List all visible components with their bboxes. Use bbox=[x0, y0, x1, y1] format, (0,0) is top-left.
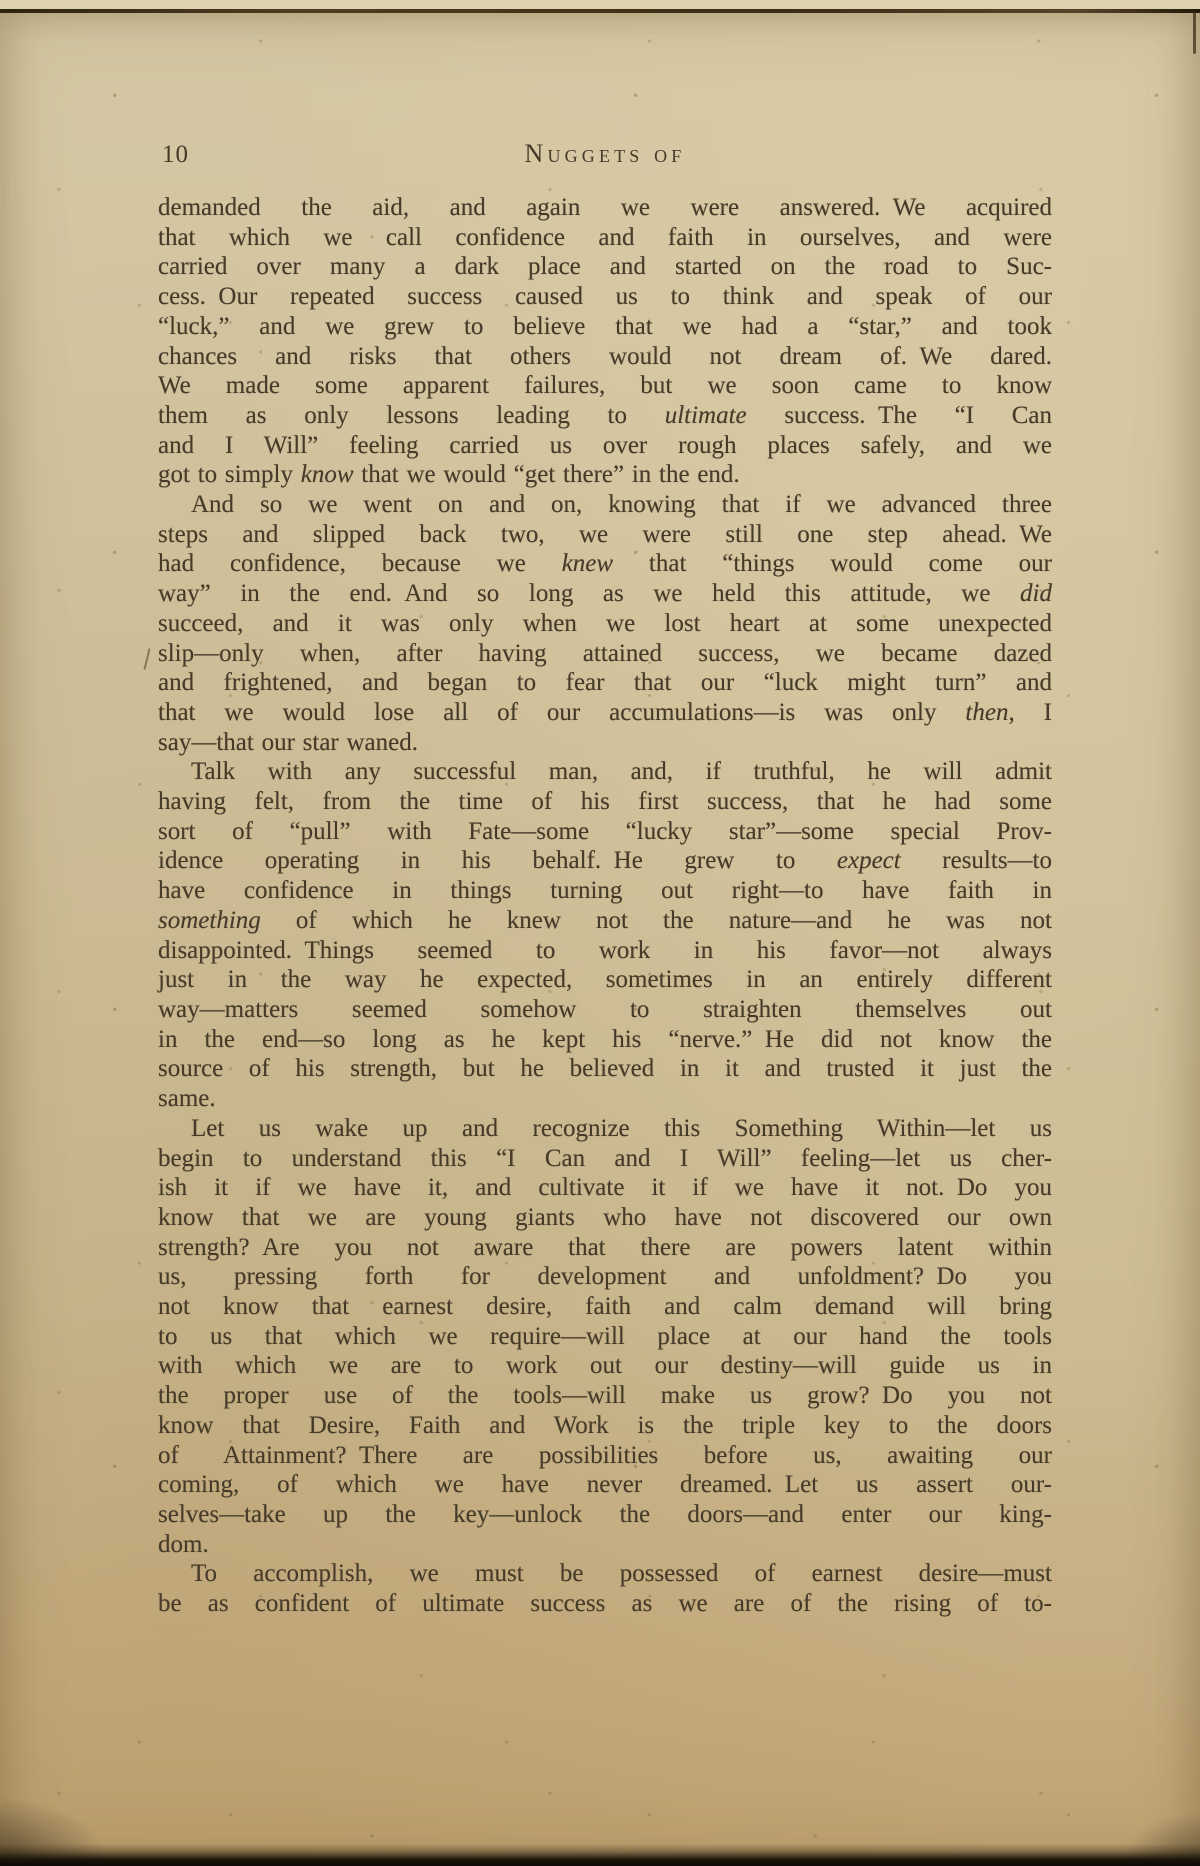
text-line: had confidence, because we knew that “th… bbox=[158, 549, 1052, 579]
text-line: begin to understand this “I Can and I Wi… bbox=[158, 1144, 1052, 1174]
text-segment: dom. bbox=[158, 1531, 209, 1558]
text-segment: to us that which we require—will place a… bbox=[158, 1323, 1052, 1350]
text-line: And so we went on and on, knowing that i… bbox=[158, 490, 1052, 520]
text-segment: Let us wake up and recognize this Someth… bbox=[191, 1115, 1052, 1142]
text-segment: coming, of which we have never dreamed. … bbox=[158, 1471, 1052, 1498]
text-line: disappointed. Things seemed to work in h… bbox=[158, 936, 1052, 966]
text-line: carried over many a dark place and start… bbox=[158, 252, 1052, 282]
text-segment: source of his strength, but he believed … bbox=[158, 1055, 1052, 1082]
text-line: coming, of which we have never dreamed. … bbox=[158, 1470, 1052, 1500]
text-segment: of Attainment? There are possibilities b… bbox=[158, 1442, 1052, 1469]
text-line: in the end—so long as he kept his “nerve… bbox=[158, 1025, 1052, 1055]
text-line: with which we are to work out our destin… bbox=[158, 1351, 1052, 1381]
text-segment: succeed, and it was only when we lost he… bbox=[158, 610, 1052, 637]
text-line: to us that which we require—will place a… bbox=[158, 1322, 1052, 1352]
text-segment: demanded the aid, and again we were answ… bbox=[158, 194, 1052, 221]
text-line: that which we call confidence and faith … bbox=[158, 223, 1052, 253]
text-segment: and frightened, and began to fear that o… bbox=[158, 669, 1052, 696]
text-segment: cess. Our repeated success caused us to … bbox=[158, 283, 1052, 310]
text-line: them as only lessons leading to ultimate… bbox=[158, 401, 1052, 431]
text-segment: of which he knew not the nature—and he w… bbox=[261, 907, 1052, 934]
text-segment: that “things would come our bbox=[613, 550, 1052, 577]
text-line: and frightened, and began to fear that o… bbox=[158, 668, 1052, 698]
text-line: cess. Our repeated success caused us to … bbox=[158, 282, 1052, 312]
text-line: got to simply know that we would “get th… bbox=[158, 460, 1052, 490]
text-segment: To accomplish, we must be possessed of e… bbox=[191, 1560, 1052, 1587]
text-segment: know that Desire, Faith and Work is the … bbox=[158, 1412, 1052, 1439]
italic-text-segment: know bbox=[301, 461, 354, 488]
text-segment: chances and risks that others would not … bbox=[158, 343, 1052, 370]
italic-text-segment: did bbox=[1020, 580, 1052, 607]
text-segment: sort of “pull” with Fate—some “lucky sta… bbox=[158, 818, 1052, 845]
text-line: us, pressing forth for development and u… bbox=[158, 1262, 1052, 1292]
text-line: not know that earnest desire, faith and … bbox=[158, 1292, 1052, 1322]
text-segment: , I bbox=[1008, 699, 1052, 726]
text-segment: idence operating in his behalf. He grew … bbox=[158, 847, 837, 874]
text-segment: success. The “I Can bbox=[747, 402, 1052, 429]
text-line: that we would lose all of our accumulati… bbox=[158, 698, 1052, 728]
text-segment: got to simply bbox=[158, 461, 301, 488]
text-segment: strength? Are you not aware that there a… bbox=[158, 1234, 1052, 1261]
text-segment: having felt, from the time of his first … bbox=[158, 788, 1052, 815]
text-line: To accomplish, we must be possessed of e… bbox=[158, 1559, 1052, 1589]
italic-text-segment: something bbox=[158, 907, 261, 934]
text-line: ish it if we have it, and cultivate it i… bbox=[158, 1173, 1052, 1203]
text-segment: that we would “get there” in the end. bbox=[354, 461, 740, 488]
text-segment: disappointed. Things seemed to work in h… bbox=[158, 937, 1052, 964]
text-segment: be as confident of ultimate success as w… bbox=[158, 1590, 1052, 1617]
text-line: “luck,” and we grew to believe that we h… bbox=[158, 312, 1052, 342]
text-line: Talk with any successful man, and, if tr… bbox=[158, 757, 1052, 787]
text-segment: say—that our star waned. bbox=[158, 729, 418, 756]
text-line: have confidence in things turning out ri… bbox=[158, 876, 1052, 906]
text-segment: us, pressing forth for development and u… bbox=[158, 1263, 1052, 1290]
text-segment: ish it if we have it, and cultivate it i… bbox=[158, 1174, 1052, 1201]
text-line: having felt, from the time of his first … bbox=[158, 787, 1052, 817]
italic-text-segment: expect bbox=[837, 847, 901, 874]
text-line: selves—take up the key—unlock the doors—… bbox=[158, 1500, 1052, 1530]
page-body: demanded the aid, and again we were answ… bbox=[158, 193, 1052, 1619]
text-line: know that we are young giants who have n… bbox=[158, 1203, 1052, 1233]
text-segment: way—matters seemed somehow to straighten… bbox=[158, 996, 1052, 1023]
page-header: 10 Nuggets of bbox=[158, 139, 1052, 173]
running-title: Nuggets of bbox=[158, 139, 1052, 169]
text-line: the proper use of the tools—will make us… bbox=[158, 1381, 1052, 1411]
text-segment: have confidence in things turning out ri… bbox=[158, 877, 1052, 904]
text-line: say—that our star waned. bbox=[158, 728, 1052, 758]
text-line: something of which he knew not the natur… bbox=[158, 906, 1052, 936]
text-segment: begin to understand this “I Can and I Wi… bbox=[158, 1145, 1052, 1172]
text-segment: not know that earnest desire, faith and … bbox=[158, 1293, 1052, 1320]
text-line: idence operating in his behalf. He grew … bbox=[158, 846, 1052, 876]
text-line: be as confident of ultimate success as w… bbox=[158, 1589, 1052, 1619]
text-segment: Talk with any successful man, and, if tr… bbox=[191, 758, 1052, 785]
text-segment: that we would lose all of our accumulati… bbox=[158, 699, 965, 726]
italic-text-segment: then bbox=[965, 699, 1008, 726]
text-segment: had confidence, because we bbox=[158, 550, 562, 577]
text-line: Let us wake up and recognize this Someth… bbox=[158, 1114, 1052, 1144]
text-segment: and I Will” feeling carried us over roug… bbox=[158, 432, 1052, 459]
text-line: sort of “pull” with Fate—some “lucky sta… bbox=[158, 817, 1052, 847]
text-line: slip—only when, after having attained su… bbox=[158, 639, 1052, 669]
text-line: same. bbox=[158, 1084, 1052, 1114]
text-segment: that which we call confidence and faith … bbox=[158, 224, 1052, 251]
italic-text-segment: knew bbox=[562, 550, 613, 577]
text-segment: results—to bbox=[901, 847, 1052, 874]
text-segment: steps and slipped back two, we were stil… bbox=[158, 521, 1052, 548]
text-segment: the proper use of the tools—will make us… bbox=[158, 1382, 1052, 1409]
text-line: demanded the aid, and again we were answ… bbox=[158, 193, 1052, 223]
text-line: chances and risks that others would not … bbox=[158, 342, 1052, 372]
text-segment: know that we are young giants who have n… bbox=[158, 1204, 1052, 1231]
text-line: and I Will” feeling carried us over roug… bbox=[158, 431, 1052, 461]
text-segment: same. bbox=[158, 1085, 216, 1112]
text-segment: carried over many a dark place and start… bbox=[158, 253, 1052, 280]
text-segment: selves—take up the key—unlock the doors—… bbox=[158, 1501, 1052, 1528]
text-line: source of his strength, but he believed … bbox=[158, 1054, 1052, 1084]
text-segment: just in the way he expected, sometimes i… bbox=[158, 966, 1052, 993]
text-segment: “luck,” and we grew to believe that we h… bbox=[158, 313, 1052, 340]
text-segment: with which we are to work out our destin… bbox=[158, 1352, 1052, 1379]
text-line: of Attainment? There are possibilities b… bbox=[158, 1441, 1052, 1471]
text-line: succeed, and it was only when we lost he… bbox=[158, 609, 1052, 639]
text-line: way” in the end. And so long as we held … bbox=[158, 579, 1052, 609]
text-segment: And so we went on and on, knowing that i… bbox=[191, 491, 1052, 518]
text-segment: slip—only when, after having attained su… bbox=[158, 640, 1052, 667]
text-segment: way” in the end. And so long as we held … bbox=[158, 580, 1020, 607]
text-segment: We made some apparent failures, but we s… bbox=[158, 372, 1052, 399]
text-line: strength? Are you not aware that there a… bbox=[158, 1233, 1052, 1263]
scan-bottom-edge bbox=[0, 1844, 1200, 1866]
text-line: steps and slipped back two, we were stil… bbox=[158, 520, 1052, 550]
text-line: just in the way he expected, sometimes i… bbox=[158, 965, 1052, 995]
text-segment: them as only lessons leading to bbox=[158, 402, 665, 429]
scanned-book-page: 10 Nuggets of demanded the aid, and agai… bbox=[0, 0, 1200, 1866]
text-line: way—matters seemed somehow to straighten… bbox=[158, 995, 1052, 1025]
text-line: We made some apparent failures, but we s… bbox=[158, 371, 1052, 401]
text-line: know that Desire, Faith and Work is the … bbox=[158, 1411, 1052, 1441]
text-segment: in the end—so long as he kept his “nerve… bbox=[158, 1026, 1052, 1053]
right-edge-mark bbox=[1193, 12, 1196, 54]
italic-text-segment: ultimate bbox=[665, 402, 747, 429]
text-line: dom. bbox=[158, 1530, 1052, 1560]
